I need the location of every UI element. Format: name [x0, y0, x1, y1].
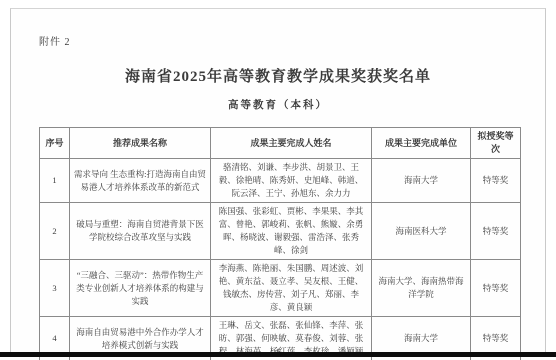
table-header-row: 序号 推荐成果名称 成果主要完成人姓名 成果主要完成单位 拟授奖等次 [40, 128, 521, 159]
cell-title: 需求导向 生态重构:打造海南自由贸易港人才培养体系改革的新范式 [70, 159, 211, 203]
column-header-award: 拟授奖等次 [471, 128, 521, 159]
cell-no: 2 [40, 203, 70, 260]
column-header-title: 推荐成果名称 [70, 128, 211, 159]
cell-no: 3 [40, 260, 70, 317]
cell-unit: 海南大学 [372, 159, 471, 203]
bottom-edge-bar [0, 352, 556, 357]
cell-contributors: 骆清铭、刘谦、李步洪、胡景卫、王毅、徐艳晴、陈秀妍、史旭峰、韩道、阮云泽、王宁、… [211, 159, 372, 203]
cell-no: 1 [40, 159, 70, 203]
cell-contributors: 李海燕、陈艳丽、朱国鹏、周述波、刘艳、黄东益、聂立孝、吴友根、王健、钱敏杰、房传… [211, 260, 372, 317]
cell-unit: 海南大学、海南热带海洋学院 [372, 260, 471, 317]
cell-title: “三融合、三驱动”：热带作物生产类专业创新人才培养体系的构建与实践 [70, 260, 211, 317]
cell-award: 特等奖 [471, 159, 521, 203]
document-page: 附件 2 海南省2025年高等教育教学成果奖获奖名单 高等教育（本科） 序号 推… [10, 8, 546, 357]
table-row: 1 需求导向 生态重构:打造海南自由贸易港人才培养体系改革的新范式 骆清铭、刘谦… [40, 159, 521, 203]
table-row: 2 破局与重塑：海南自贸港背景下医学院校综合改革攻坚与实践 陈国强、张彩虹、贾彬… [40, 203, 521, 260]
page-title: 海南省2025年高等教育教学成果奖获奖名单 [11, 65, 545, 86]
cell-award: 特等奖 [471, 203, 521, 260]
column-header-unit: 成果主要完成单位 [372, 128, 471, 159]
column-header-contributors: 成果主要完成人姓名 [211, 128, 372, 159]
cell-award: 特等奖 [471, 260, 521, 317]
cell-unit: 海南医科大学 [372, 203, 471, 260]
cell-title: 破局与重塑：海南自贸港背景下医学院校综合改革攻坚与实践 [70, 203, 211, 260]
cell-contributors: 陈国强、张彩虹、贾彬、李果果、李其富、曾艳、郭峻莉、张帆、熊嫙、余勇晖、杨晓波、… [211, 203, 372, 260]
award-table: 序号 推荐成果名称 成果主要完成人姓名 成果主要完成单位 拟授奖等次 1 需求导… [39, 127, 521, 360]
table-row: 3 “三融合、三驱动”：热带作物生产类专业创新人才培养体系的构建与实践 李海燕、… [40, 260, 521, 317]
page-subtitle: 高等教育（本科） [11, 97, 545, 112]
attachment-label: 附件 2 [39, 33, 71, 48]
column-header-no: 序号 [40, 128, 70, 159]
